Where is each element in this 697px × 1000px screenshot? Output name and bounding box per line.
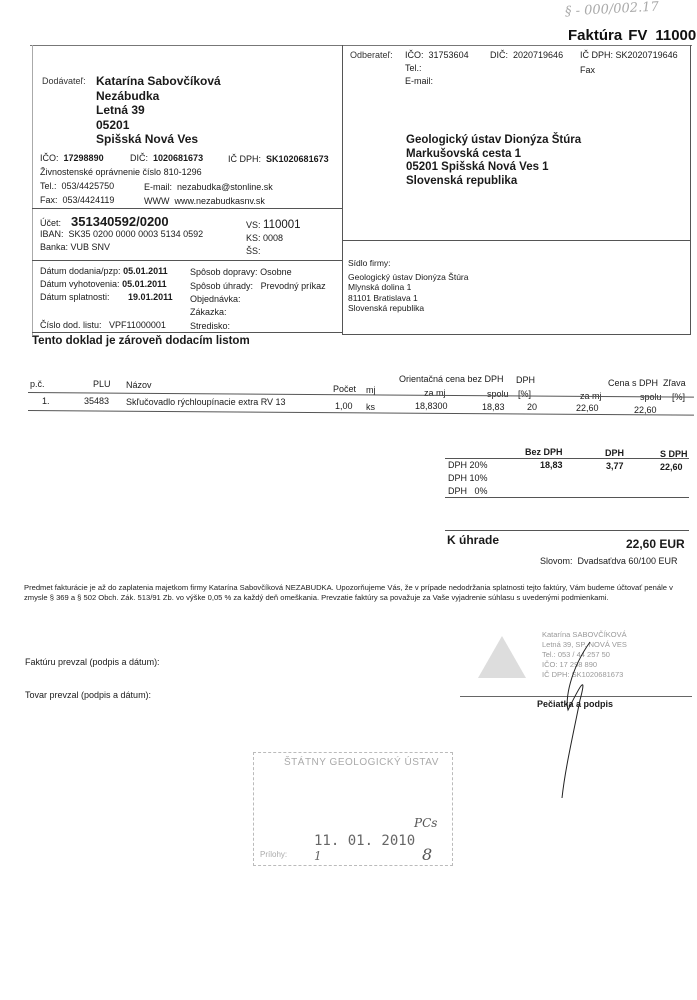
received-stamp: ŠTÁTNY GEOLOGICKÝ ÚSTAV PCs 11. 01. 2010… (253, 752, 453, 866)
value: 053/4424119 (63, 195, 115, 205)
terms-text: Predmet fakturácie je až do zaplatenia m… (24, 583, 694, 602)
label: WWW (144, 196, 169, 206)
odberatel-tel: Tel.: (405, 63, 422, 73)
stamp-date: 11. 01. 2010 (314, 833, 415, 849)
value: 05.01.2011 (122, 279, 167, 289)
col-pct: [%] (518, 389, 531, 399)
divider (30, 45, 692, 46)
divider (445, 530, 689, 531)
address-line: 05201 Spišská Nová Ves 1 (406, 161, 581, 175)
sidlo-line: 81101 Bratislava 1 (348, 293, 468, 304)
divider (32, 260, 342, 261)
invoice-number: 110001 (655, 27, 697, 44)
sidlo-firmy: Sídlo firmy: Geologický ústav Dionýza Št… (348, 258, 468, 314)
sidlo-line: Mlynská dolina 1 (348, 282, 468, 293)
col-za-mj: za mj (424, 388, 446, 398)
label: IČ DPH: (580, 50, 613, 60)
divider (32, 208, 342, 209)
invoice-title: FaktúraFV110001 (568, 27, 697, 44)
dodavatel-icdph: IČ DPH: SK1020681673 (228, 154, 329, 164)
total-words: Slovom: Dvadsaťdva 60/100 EUR (540, 556, 677, 566)
row-spolu: 18,83 (482, 402, 505, 412)
value: 31753604 (429, 50, 469, 60)
row-za-mj: 18,8300 (415, 401, 448, 411)
label: IČO: (40, 153, 59, 163)
label: KS: (246, 233, 261, 243)
vat-header-dph: DPH (605, 448, 624, 458)
value: 17298890 (64, 153, 104, 163)
vat-row-label: DPH 10% (448, 473, 488, 483)
stamp-prilohy-label: Prílohy: (260, 850, 287, 859)
label: E-mail: (144, 182, 172, 192)
dodavatel-dic: DIČ: 1020681673 (130, 153, 203, 163)
label: Slovom: (540, 556, 573, 566)
bank-ss: ŠS: (246, 246, 261, 256)
label: Fax: (40, 195, 58, 205)
vat-row-s: 22,60 (660, 462, 683, 472)
col-spolu: spolu (487, 389, 509, 399)
datum-splatnosti: Dátum splatnosti: 19.01.2011 (40, 292, 173, 302)
vat-row-bez: 18,83 (540, 460, 563, 470)
address-line: 05201 (96, 118, 221, 133)
stamp-prilohy-value: 1 (314, 849, 322, 863)
stredisko: Stredisko: (190, 321, 230, 331)
divider (342, 240, 690, 241)
row-plu: 35483 (84, 396, 109, 406)
vat-row-label: DPH 20% (448, 460, 488, 470)
label: Spôsob dopravy: (190, 267, 258, 277)
divider (32, 332, 342, 333)
odberatel-icdph: IČ DPH: SK2020719646 (580, 50, 678, 60)
dodavatel-www: WWW www.nezabudkasnv.sk (144, 196, 265, 206)
datum-vyhotovenia: Dátum vyhotovenia: 05.01.2011 (40, 279, 167, 289)
odberatel-email: E-mail: (405, 76, 433, 86)
label: VS: (246, 220, 261, 230)
total-label: K úhrade (447, 533, 499, 547)
value: Dvadsaťdva 60/100 EUR (578, 556, 678, 566)
value[interactable]: www.nezabudkasnv.sk (175, 196, 265, 206)
value: 110001 (263, 219, 301, 231)
divider (342, 45, 343, 335)
label: DIČ: (130, 153, 148, 163)
col-cena-s-dph: Cena s DPH (608, 378, 658, 388)
odberatel-address: Geologický ústav Dionýza Štúra Markušovs… (406, 134, 581, 188)
sidlo-line: Geologický ústav Dionýza Štúra (348, 272, 468, 283)
label: Tel.: (40, 181, 57, 191)
address-line: Geologický ústav Dionýza Štúra (406, 134, 581, 148)
label: DIČ: (490, 50, 508, 60)
row-dph: 20 (527, 402, 537, 412)
label: IČ DPH: (228, 154, 261, 164)
odberatel-fax: Fax (580, 65, 595, 75)
label: Dátum dodania/pzp: (40, 266, 121, 276)
vat-row-dph: 3,77 (606, 461, 624, 471)
divider (445, 458, 689, 459)
dodavatel-fax: Fax: 053/4424119 (40, 195, 114, 205)
row-pocet: 1,00 (335, 401, 353, 411)
value: 1020681673 (153, 153, 203, 163)
col-dph: DPH (516, 375, 535, 385)
divider (32, 45, 33, 335)
value[interactable]: nezabudka@stonline.sk (177, 182, 273, 192)
invoice-title-label: Faktúra (568, 27, 622, 44)
address-line: Katarína Sabovčíková (96, 74, 221, 89)
address-line: Spišská Nová Ves (96, 132, 221, 147)
row-nazov: Skľučovadlo rýchloupínacie extra RV 13 (126, 397, 286, 407)
delivery-note-text: Tento doklad je zároveň dodacím listom (32, 335, 250, 347)
col-zlava: Zľava (663, 378, 686, 388)
label: Spôsob úhrady: (190, 281, 253, 291)
objednavka: Objednávka: (190, 294, 241, 304)
row-pc: 1. (42, 396, 50, 406)
handwritten-note: § - 000/002.17 (565, 0, 660, 19)
col-pc: p.č. (30, 379, 45, 389)
label: Dátum vyhotovenia: (40, 279, 120, 289)
label: ŠS: (246, 246, 261, 256)
dodavatel-tel: Tel.: 053/4425750 (40, 181, 114, 191)
seal-logo-icon (478, 636, 526, 678)
dodavatel-ico: IČO: 17298890 (40, 153, 104, 163)
value: SK35 0200 0000 0003 5134 0592 (69, 229, 204, 239)
address-line: Letná 39 (96, 103, 221, 118)
stamp-mark: 8 (422, 845, 432, 864)
label: IČO: (405, 50, 424, 60)
value: 053/4425750 (62, 181, 115, 191)
row-mj: ks (366, 402, 375, 412)
divider (445, 497, 689, 498)
value: SK1020681673 (266, 154, 329, 164)
vat-row-label: DPH 0% (448, 486, 488, 496)
bank-ucet: Účet: 351340592/0200 (40, 214, 169, 229)
faktura-prevzal-label: Faktúru prevzal (podpis a dátum): (25, 657, 160, 667)
col-nazov: Názov (126, 380, 152, 390)
bank-banka: Banka: VUB SNV (40, 242, 110, 252)
address-line: Nezábudka (96, 89, 221, 104)
invoice-series: FV (628, 27, 647, 44)
value: VUB SNV (71, 242, 111, 252)
value: 19.01.2011 (128, 292, 173, 302)
label: IBAN: (40, 229, 64, 239)
value: 2020719646 (513, 50, 563, 60)
value: Prevodný príkaz (261, 281, 326, 291)
label: Banka: (40, 242, 68, 252)
dodavatel-email: E-mail: nezabudka@stonline.sk (144, 182, 273, 192)
total-value: 22,60 EUR (626, 537, 685, 551)
seal-line: Katarína SABOVČÍKOVÁ (542, 630, 627, 640)
odberatel-label: Odberateľ: (350, 50, 393, 60)
sidlo-label: Sídlo firmy: (348, 258, 468, 269)
signature-icon (560, 640, 620, 800)
value: Osobne (260, 267, 292, 277)
value: 05.01.2011 (123, 266, 168, 276)
address-line: Markušovská cesta 1 (406, 148, 581, 162)
value: 0008 (263, 233, 283, 243)
label: Dátum splatnosti: (40, 292, 110, 302)
vat-header-bez: Bez DPH (525, 447, 563, 457)
odberatel-ico: IČO: 31753604 (405, 50, 469, 60)
label: Číslo dod. listu: (40, 320, 102, 330)
sposob-uhrady: Spôsob úhrady: Prevodný príkaz (190, 281, 326, 291)
bank-ks: KS: 0008 (246, 233, 283, 243)
stamp-initials: PCs (414, 816, 437, 830)
sposob-dopravy: Spôsob dopravy: Osobne (190, 267, 292, 277)
divider (690, 45, 691, 335)
cislo-dod-listu: Číslo dod. listu: VPF11000001 (40, 320, 166, 330)
dodavatel-address: Katarína Sabovčíková Nezábudka Letná 39 … (96, 74, 221, 147)
col-plu: PLU (93, 379, 111, 389)
row-s-za-mj: 22,60 (576, 403, 599, 413)
sidlo-line: Slovenská republika (348, 303, 468, 314)
divider (342, 334, 690, 335)
bank-iban: IBAN: SK35 0200 0000 0003 5134 0592 (40, 229, 203, 239)
stamp-header: ŠTÁTNY GEOLOGICKÝ ÚSTAV (284, 757, 439, 768)
zakazka: Zákazka: (190, 307, 227, 317)
col-orient: Orientačná cena bez DPH (399, 374, 504, 384)
bank-vs: VS: 110001 (246, 219, 301, 231)
odberatel-dic: DIČ: 2020719646 (490, 50, 563, 60)
tovar-prevzal-label: Tovar prevzal (podpis a dátum): (25, 690, 151, 700)
dodavatel-label: Dodávateľ: (42, 76, 86, 86)
col-pocet: Počet (333, 384, 356, 394)
label: Účet: (40, 218, 61, 228)
value: 351340592/0200 (71, 214, 169, 229)
value: VPF11000001 (109, 320, 166, 330)
address-line: Slovenská republika (406, 175, 581, 189)
trade-license: Živnostenské oprávnenie číslo 810-1296 (40, 167, 202, 177)
datum-dodania: Dátum dodania/pzp: 05.01.2011 (40, 266, 168, 276)
value: SK2020719646 (616, 50, 678, 60)
